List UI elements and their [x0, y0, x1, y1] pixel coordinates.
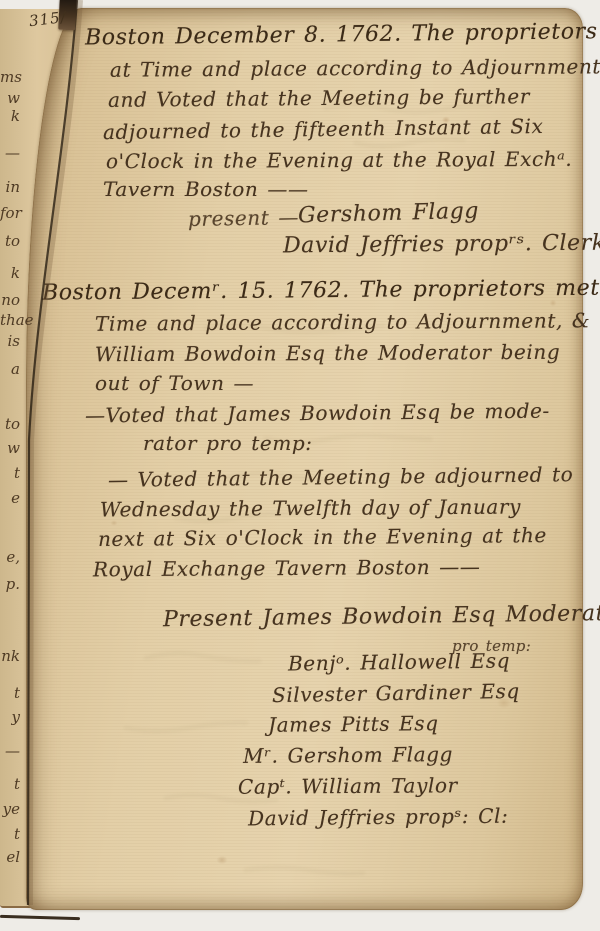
margin-fragment: no: [0, 291, 20, 309]
margin-fragment: e: [0, 489, 20, 507]
margin-fragment: is: [0, 332, 20, 350]
margin-fragment: nk: [0, 647, 20, 665]
margin-fragment: w: [0, 439, 20, 457]
margin-fragment: y: [0, 708, 20, 726]
margin-fragment: t: [0, 464, 20, 482]
margin-fragment: ye: [0, 800, 20, 818]
margin-fragment: p.: [0, 575, 20, 593]
margin-fragment: thae: [0, 311, 20, 329]
margin-fragment: t: [0, 684, 20, 702]
margin-fragment: —: [0, 144, 20, 162]
margin-fragment: to: [0, 415, 20, 433]
margin-fragment: a: [0, 360, 20, 378]
margin-fragment: t: [0, 825, 20, 843]
margin-fragment: k: [0, 264, 20, 282]
margin-fragment: for: [0, 204, 20, 222]
margin-fragment: t: [0, 775, 20, 793]
manuscript-scan: ms w k — in for to k no thae is a to w t…: [0, 0, 600, 931]
margin-fragment: k: [0, 107, 20, 125]
margin-fragment: ms: [0, 68, 20, 86]
margin-fragment: w: [0, 89, 20, 107]
margin-fragment: e,: [0, 548, 20, 566]
margin-fragment: to: [0, 232, 20, 250]
margin-fragment: in: [0, 178, 20, 196]
margin-fragment: —: [0, 742, 20, 760]
margin-fragment: el: [0, 848, 20, 866]
